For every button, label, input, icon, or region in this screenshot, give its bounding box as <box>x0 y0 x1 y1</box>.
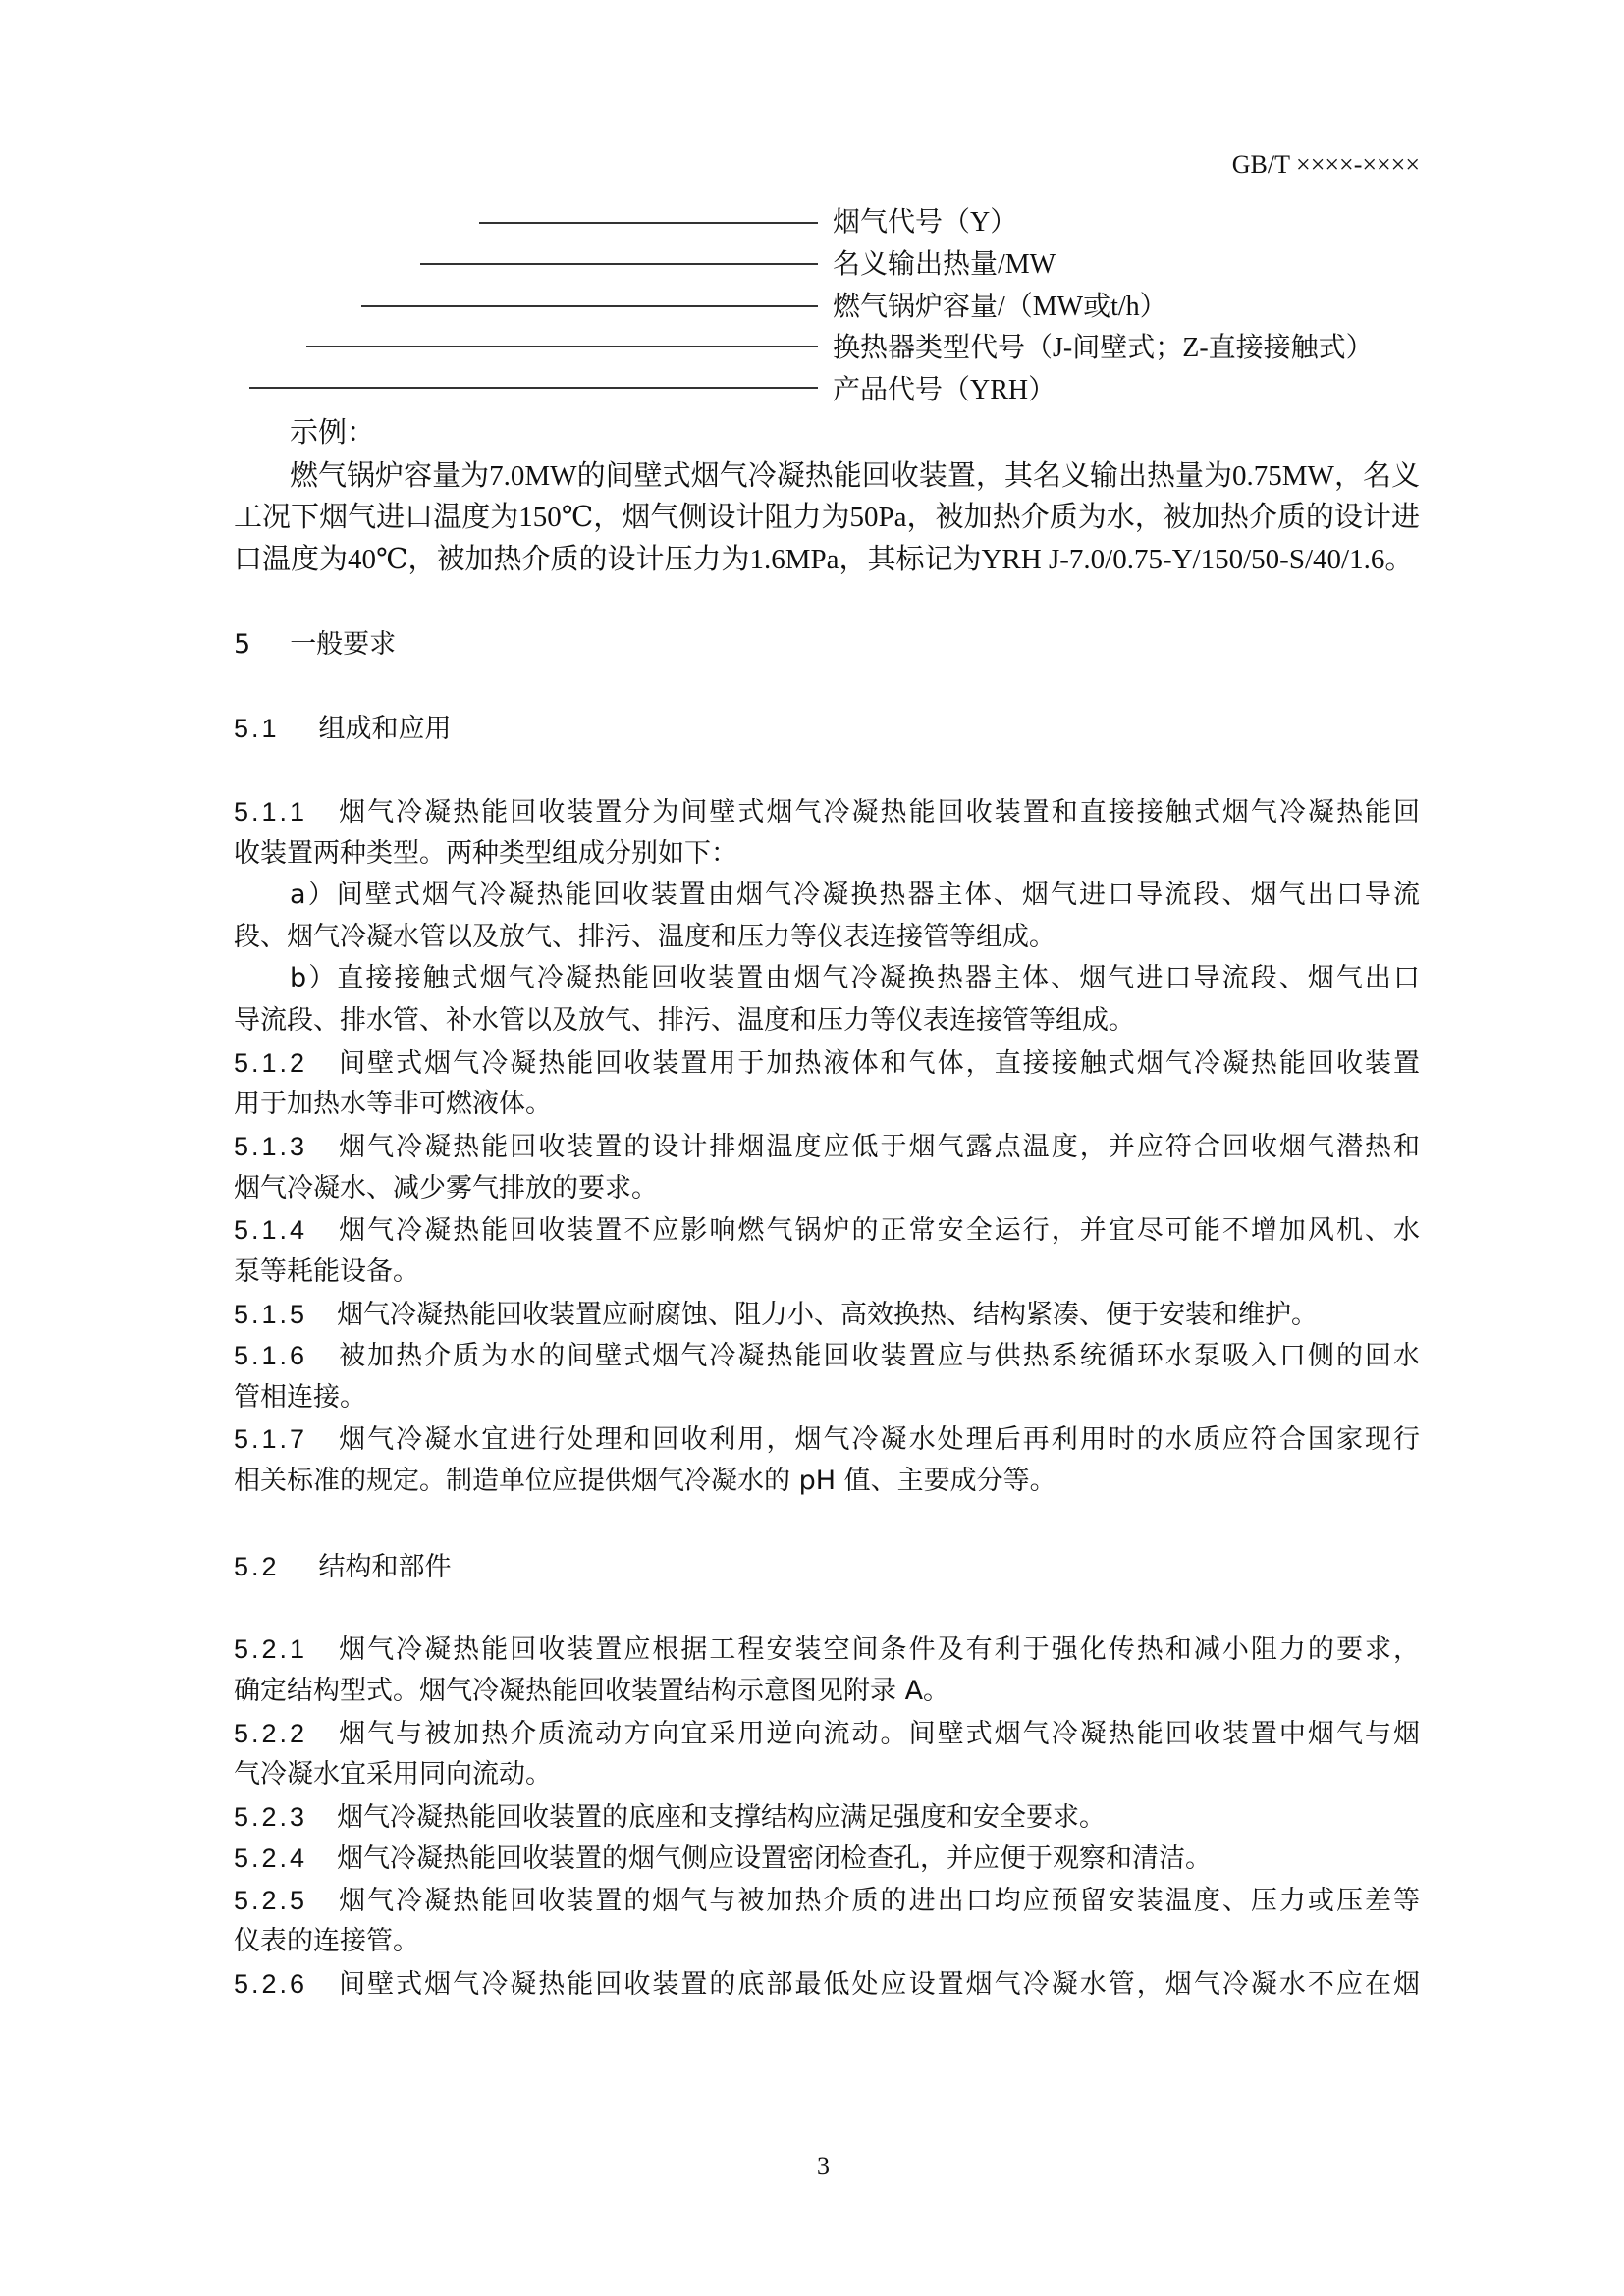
clause-5-1-2-line-1: 5.1.2间壁式烟气冷凝热能回收装置用于加热液体和气体，直接接触式烟气冷凝热能回… <box>234 1042 1420 1084</box>
section-number: 5.2 <box>234 1552 280 1581</box>
leader-line-4 <box>306 346 818 347</box>
clause-number: 5.1.5 <box>234 1300 307 1329</box>
section-title: 一般要求 <box>290 629 396 660</box>
item-text: 直接接触式烟气冷凝热能回收装置由烟气冷凝换热器主体、烟气进口导流段、烟气出口 <box>337 963 1420 993</box>
clause-5-2-5-line-2: 仪表的连接管。 <box>234 1921 419 1962</box>
clause-number: 5.2.4 <box>234 1843 307 1873</box>
clause-number: 5.1.6 <box>234 1341 307 1370</box>
example-line-3: 口温度为40℃，被加热介质的设计压力为1.6MPa，其标记为YRH J-7.0/… <box>234 539 1413 580</box>
clause-5-2-2-line-2: 气冷凝水宜采用同向流动。 <box>234 1754 552 1795</box>
clause-5-2-2-line-1: 5.2.2烟气与被加热介质流动方向宜采用逆向流动。间壁式烟气冷凝热能回收装置中烟… <box>234 1713 1420 1754</box>
example-label: 示例： <box>290 412 375 454</box>
item-marker: a） <box>290 880 337 910</box>
clause-text: 间壁式烟气冷凝热能回收装置用于加热液体和气体，直接接触式烟气冷凝热能回收装置 <box>337 1048 1420 1079</box>
page-number: 3 <box>817 2152 830 2181</box>
clause-5-2-3-line-1: 5.2.3烟气冷凝热能回收装置的底座和支撑结构应满足强度和安全要求。 <box>234 1796 1106 1838</box>
clause-number: 5.1.2 <box>234 1048 307 1078</box>
clause-number: 5.2.5 <box>234 1886 307 1915</box>
clause-text: 烟气冷凝热能回收装置应耐腐蚀、阻力小、高效换热、结构紧凑、便于安装和维护。 <box>337 1300 1318 1330</box>
standard-code-header: GB/T ××××-×××× <box>1232 150 1420 180</box>
clause-5-1-6-line-2: 管相连接。 <box>234 1377 366 1418</box>
example-line-2: 工况下烟气进口温度为150℃，烟气侧设计阻力为50Pa，被加热介质为水，被加热介… <box>234 497 1420 538</box>
clause-text: 间壁式烟气冷凝热能回收装置的底部最低处应设置烟气冷凝水管，烟气冷凝水不应在烟 <box>337 1969 1420 2000</box>
section-number: 5.1 <box>234 714 280 743</box>
clause-number: 5.2.1 <box>234 1634 307 1664</box>
label-product-code: 产品代号（YRH） <box>833 371 1056 410</box>
clause-text: 烟气冷凝水宜进行处理和回收利用，烟气冷凝水处理后再利用时的水质应符合国家现行 <box>337 1424 1420 1455</box>
clause-text: 烟气冷凝热能回收装置分为间壁式烟气冷凝热能回收装置和直接接触式烟气冷凝热能回 <box>337 797 1420 828</box>
clause-5-1-4-line-2: 泵等耗能设备。 <box>234 1252 419 1293</box>
clause-text: 烟气冷凝热能回收装置不应影响燃气锅炉的正常安全运行，并宜尽可能不增加风机、水 <box>337 1215 1420 1246</box>
clause-text: 烟气冷凝热能回收装置的底座和支撑结构应满足强度和安全要求。 <box>337 1802 1106 1833</box>
section-5-heading: 5一般要求 <box>234 624 396 666</box>
example-line-1: 燃气锅炉容量为7.0MW的间壁式烟气冷凝热能回收装置，其名义输出热量为0.75M… <box>290 455 1420 497</box>
leader-line-1 <box>479 222 818 224</box>
label-boiler-capacity: 燃气锅炉容量/（MW或t/h） <box>833 288 1167 327</box>
clause-5-1-6-line-1: 5.1.6被加热介质为水的间壁式烟气冷凝热能回收装置应与供热系统循环水泵吸入口侧… <box>234 1335 1420 1376</box>
clause-text: 被加热介质为水的间壁式烟气冷凝热能回收装置应与供热系统循环水泵吸入口侧的回水 <box>337 1341 1420 1371</box>
clause-5-1-7-line-1: 5.1.7烟气冷凝水宜进行处理和回收利用，烟气冷凝水处理后再利用时的水质应符合国… <box>234 1418 1420 1460</box>
clause-5-1-2-line-2: 用于加热水等非可燃液体。 <box>234 1084 552 1125</box>
clause-5-1-1-line-1: 5.1.1烟气冷凝热能回收装置分为间壁式烟气冷凝热能回收装置和直接接触式烟气冷凝… <box>234 791 1420 832</box>
item-b-line-1: b）直接接触式烟气冷凝热能回收装置由烟气冷凝换热器主体、烟气进口导流段、烟气出口 <box>290 958 1420 999</box>
clause-text: 烟气冷凝热能回收装置的烟气与被加热介质的进出口均应预留安装温度、压力或压差等 <box>337 1886 1420 1916</box>
clause-5-1-4-line-1: 5.1.4烟气冷凝热能回收装置不应影响燃气锅炉的正常安全运行，并宜尽可能不增加风… <box>234 1209 1420 1251</box>
leader-line-2 <box>420 263 818 265</box>
clause-number: 5.1.1 <box>234 797 307 827</box>
clause-5-2-5-line-1: 5.2.5烟气冷凝热能回收装置的烟气与被加热介质的进出口均应预留安装温度、压力或… <box>234 1880 1420 1921</box>
clause-5-1-3-line-2: 烟气冷凝水、减少雾气排放的要求。 <box>234 1168 658 1209</box>
clause-5-2-1-line-2: 确定结构型式。烟气冷凝热能回收装置结构示意图见附录 A。 <box>234 1671 949 1712</box>
clause-5-1-3-line-1: 5.1.3烟气冷凝热能回收装置的设计排烟温度应低于烟气露点温度，并应符合回收烟气… <box>234 1126 1420 1167</box>
section-title: 结构和部件 <box>319 1552 452 1582</box>
clause-text: 烟气冷凝热能回收装置的设计排烟温度应低于烟气露点温度，并应符合回收烟气潜热和 <box>337 1132 1420 1162</box>
clause-text: 烟气冷凝热能回收装置应根据工程安装空间条件及有利于强化传热和减小阻力的要求， <box>337 1634 1420 1665</box>
clause-5-2-1-line-1: 5.2.1烟气冷凝热能回收装置应根据工程安装空间条件及有利于强化传热和减小阻力的… <box>234 1629 1420 1670</box>
clause-number: 5.2.3 <box>234 1802 307 1832</box>
clause-number: 5.1.4 <box>234 1215 307 1245</box>
section-title: 组成和应用 <box>319 714 452 744</box>
clause-5-1-7-line-2: 相关标准的规定。制造单位应提供烟气冷凝水的 pH 值、主要成分等。 <box>234 1461 1056 1502</box>
clause-5-2-4-line-1: 5.2.4烟气冷凝热能回收装置的烟气侧应设置密闭检查孔，并应便于观察和清洁。 <box>234 1838 1212 1879</box>
label-exchanger-type: 换热器类型代号（J-间壁式；Z-直接接触式） <box>833 329 1374 368</box>
item-a-line-1: a）间壁式烟气冷凝热能回收装置由烟气冷凝换热器主体、烟气进口导流段、烟气出口导流 <box>290 875 1420 916</box>
clause-number: 5.1.7 <box>234 1424 307 1454</box>
item-marker: b） <box>290 963 337 993</box>
clause-text: 烟气冷凝热能回收装置的烟气侧应设置密闭检查孔，并应便于观察和清洁。 <box>337 1843 1212 1874</box>
section-number: 5 <box>234 629 250 660</box>
clause-5-1-5-line-1: 5.1.5烟气冷凝热能回收装置应耐腐蚀、阻力小、高效换热、结构紧凑、便于安装和维… <box>234 1294 1318 1335</box>
clause-5-2-6-line-1: 5.2.6间壁式烟气冷凝热能回收装置的底部最低处应设置烟气冷凝水管，烟气冷凝水不… <box>234 1963 1420 2004</box>
item-text: 间壁式烟气冷凝热能回收装置由烟气冷凝换热器主体、烟气进口导流段、烟气出口导流 <box>337 880 1420 910</box>
item-a-line-2: 段、烟气冷凝水管以及放气、排污、温度和压力等仪表连接管等组成。 <box>234 917 1056 958</box>
section-5-1-heading: 5.1组成和应用 <box>234 708 452 749</box>
clause-number: 5.2.6 <box>234 1969 307 1999</box>
clause-number: 5.2.2 <box>234 1719 307 1748</box>
clause-5-1-1-line-2: 收装置两种类型。两种类型组成分别如下： <box>234 833 737 875</box>
clause-number: 5.1.3 <box>234 1132 307 1161</box>
section-5-2-heading: 5.2结构和部件 <box>234 1546 452 1587</box>
label-nominal-output: 名义输出热量/MW <box>833 245 1056 285</box>
leader-line-5 <box>249 387 818 389</box>
item-b-line-2: 导流段、排水管、补水管以及放气、排污、温度和压力等仪表连接管等组成。 <box>234 1000 1135 1041</box>
leader-line-3 <box>361 305 818 307</box>
clause-text: 烟气与被加热介质流动方向宜采用逆向流动。间壁式烟气冷凝热能回收装置中烟气与烟 <box>337 1719 1420 1749</box>
label-flue-gas-code: 烟气代号（Y） <box>833 203 1017 242</box>
